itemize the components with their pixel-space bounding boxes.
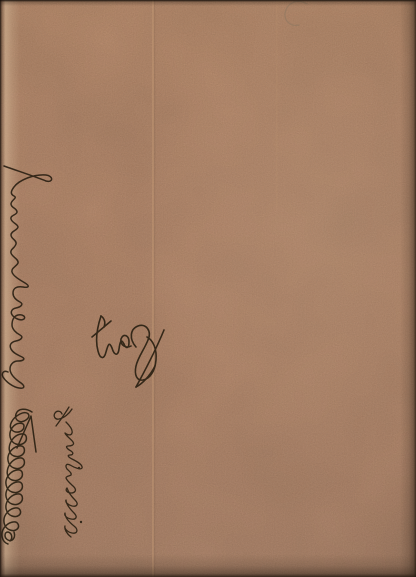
scanned-page	[0, 0, 416, 577]
paper-vignette	[0, 0, 416, 577]
paper-scan-svg	[0, 0, 416, 577]
